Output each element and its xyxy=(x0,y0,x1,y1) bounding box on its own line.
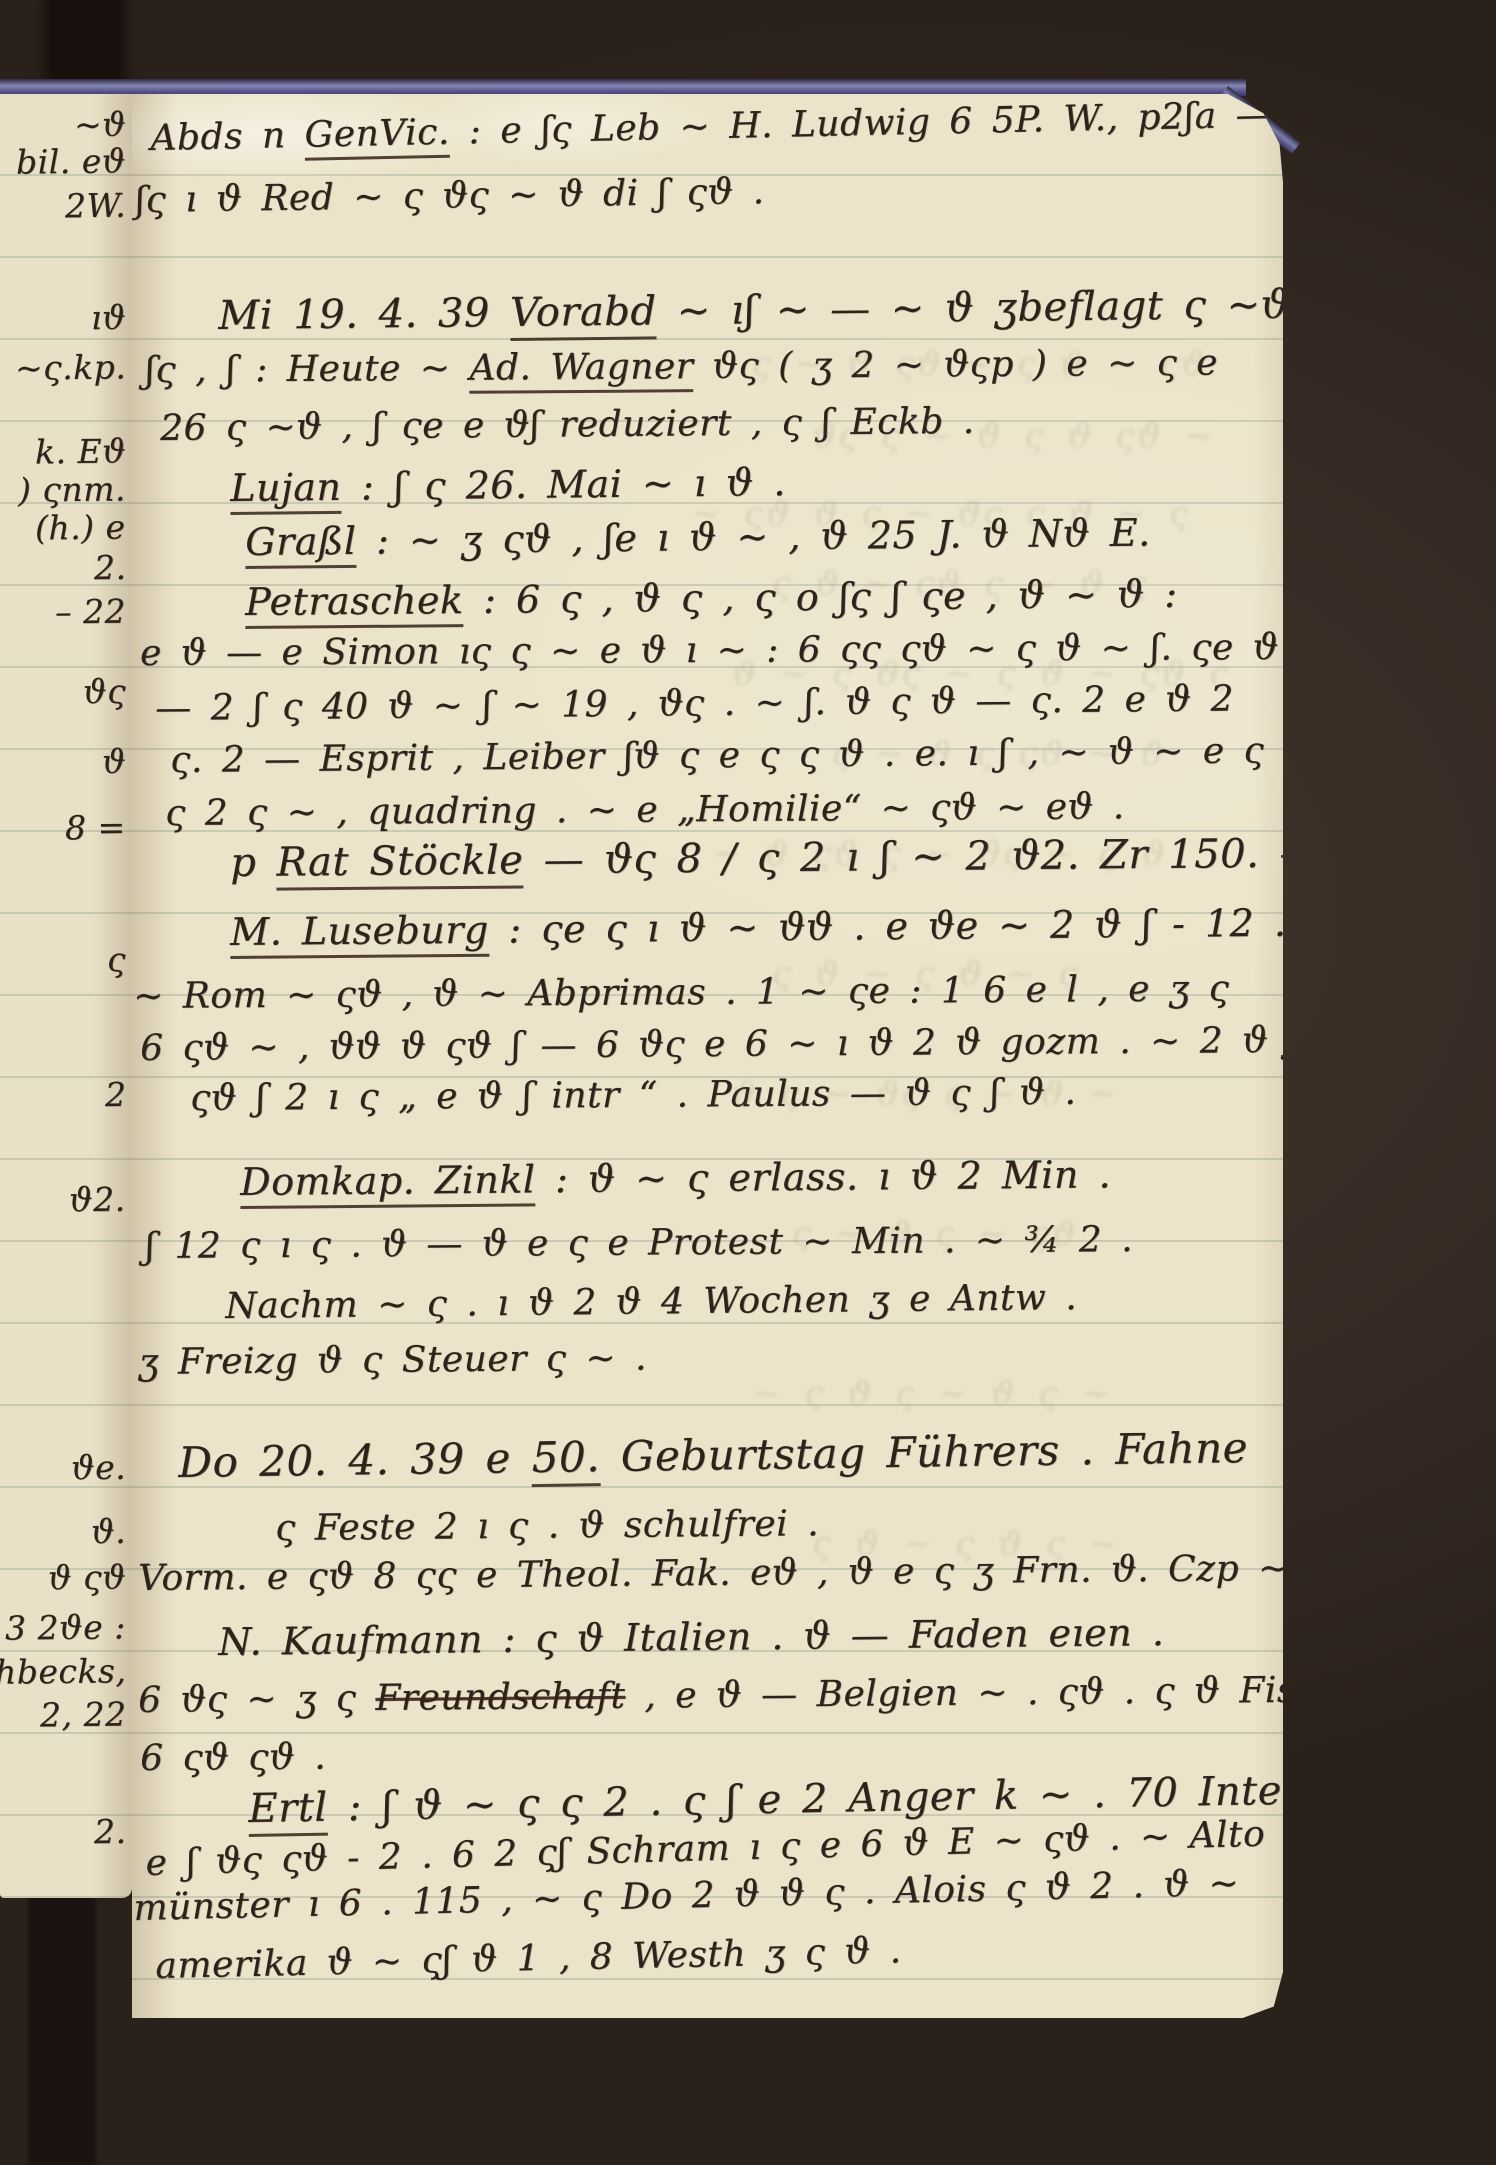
handwriting-line: ʒ Freizg ϑ ς Steuer ς ∼ . xyxy=(138,1338,647,1383)
left-page-fragment: ∼ϑ xyxy=(74,105,127,145)
left-page-fragment: (h.) e xyxy=(35,508,126,548)
bleed-through-ghost-line: ∼ ϑ ςϑ ς ∼ ϑς ∼ ς ϑ xyxy=(712,834,1167,874)
handwriting-text: ʃς , ʃ : Heute ∼ xyxy=(145,348,470,391)
handwriting-line: M. Luseburg : ςe ς ı ϑ ∼ ϑϑ . e ϑe ∼ 2 ϑ… xyxy=(230,901,1283,954)
handwriting-line: N. Kaufmann : ς ϑ Italien . ϑ — Faden eı… xyxy=(218,1610,1165,1664)
handwriting-text: N. Kaufmann : ς ϑ Italien . ϑ — Faden eı… xyxy=(218,1610,1165,1664)
left-page-fragment: ) ςnm. xyxy=(18,469,126,509)
notebook-page: Abds n GenVic. : e ʃς Leb ∼ H. Ludwig 6 … xyxy=(132,94,1283,2018)
page-stack-top-edge xyxy=(0,79,1246,96)
bleed-through-ghost-line: ς ϑ ∼ ς ϑ ς ∼ xyxy=(812,1524,1120,1564)
handwriting-text: : ϑ ∼ ς erlass. ı ϑ 2 Min . xyxy=(535,1152,1111,1201)
bleed-through-ghost-line: ∼ ς ϑ ς ∼ ϑ ς ∼ xyxy=(752,1374,1112,1414)
handwriting-text: 6 ϑς ∼ ʒ ς xyxy=(138,1678,376,1721)
handwriting-text: Freundschaft xyxy=(375,1676,625,1719)
underlined-word: Domkap. Zinkl xyxy=(240,1157,536,1209)
left-page-fragment: 2. xyxy=(93,1812,126,1851)
left-page-fragment: 3 2ϑe : xyxy=(5,1607,126,1647)
left-page-fragment: – 22 xyxy=(55,592,126,632)
underlined-word: 50. xyxy=(531,1432,600,1487)
handwriting-line: Abds n GenVic. : e ʃς Leb ∼ H. Ludwig 6 … xyxy=(150,95,1272,159)
underlined-word: GenVic. xyxy=(304,112,450,161)
handwriting-text: ʃς ı ϑ Red ∼ ς ϑς ∼ ϑ di ʃ ςϑ . xyxy=(135,171,765,221)
underlined-word: Ad. Wagner xyxy=(469,346,693,394)
handwriting-line: amerika ϑ ∼ ςʃ ϑ 1 , 8 Westh ʒ ς ϑ . xyxy=(155,1930,902,1987)
handwriting-text: Do 20. 4. 39 e xyxy=(178,1433,532,1487)
handwriting-line: Mi 19. 4. 39 Vorabd ∼ ıʃ ∼ — ∼ ϑ ʒbeflag… xyxy=(218,281,1283,339)
left-page-fragment: ϑ ςϑ xyxy=(48,1558,127,1598)
cover-fold-shadow xyxy=(28,1872,96,2165)
left-page-fragment: ϑ. xyxy=(91,1512,127,1551)
handwriting-text: Mi 19. 4. 39 xyxy=(218,290,510,339)
bleed-through-ghost-line: ∼ ςϑ ϑ ς ∼ ϑς ς ϑ ∼ ς xyxy=(692,494,1190,534)
handwriting-text: Geburtstag Führers . Fahne xyxy=(600,1423,1249,1481)
handwriting-text: 6 ςϑ ∼ , ϑϑ ϑ ςϑ ʃ — 6 ϑς e 6 ∼ ı ϑ 2 ϑ … xyxy=(140,1019,1283,1069)
left-page-fragment: k. Eϑ xyxy=(35,432,127,472)
bleed-through-ghost-line: ς ϑ ∼ ςϑ ς ∼ ϑ ς xyxy=(772,564,1149,604)
handwriting-text: amerika ϑ ∼ ςʃ ϑ 1 , 8 Westh ʒ ς ϑ . xyxy=(155,1930,902,1987)
bleed-through-ghost-line: ς ∼ ϑ ςϑ ∼ ς ϑ ∼ ςϑ xyxy=(752,344,1207,384)
facing-page-edge: ∼ϑbil. eϑ2W.ıϑ∼ς.kp.k. Eϑ) ςnm.(h.) e2.–… xyxy=(0,94,132,1898)
bleed-through-ghost-line: ς ∼ ϑ ς ∼ ςϑ xyxy=(792,1214,1078,1254)
handwriting-line: ʃς ı ϑ Red ∼ ς ϑς ∼ ϑ di ʃ ςϑ . xyxy=(135,171,765,221)
handwriting-line: Domkap. Zinkl : ϑ ∼ ς erlass. ı ϑ 2 Min … xyxy=(240,1152,1111,1204)
left-page-fragment: ıϑ xyxy=(91,298,127,337)
left-page-fragment: 2W. xyxy=(65,186,127,226)
left-page-fragment: ϑe. xyxy=(71,1448,127,1488)
handwriting-text: ∼ ıʃ ∼ — ∼ ϑ ʒbeflagt ς ∼ϑ ∼ xyxy=(656,281,1283,334)
underlined-word: Graßl xyxy=(245,519,357,569)
underlined-word: Lujan xyxy=(230,465,342,515)
handwriting-text: 6 ςϑ ςϑ . xyxy=(140,1737,326,1779)
handwriting-line: ς 2 ς ∼ , quadring . ∼ e „Homilie“ ∼ ςϑ … xyxy=(165,786,1125,834)
left-page-fragment: ϑ2. xyxy=(69,1180,126,1220)
handwriting-text: ʒ Freizg ϑ ς Steuer ς ∼ . xyxy=(138,1338,647,1383)
underlined-word: Rat Stöckle xyxy=(276,837,523,890)
left-page-fragment: 8 = xyxy=(65,808,126,848)
underlined-word: M. Luseburg xyxy=(230,908,489,959)
left-page-fragment: ϑς xyxy=(83,672,126,711)
handwriting-line: 6 ςϑ ςϑ . xyxy=(140,1737,326,1779)
spine-shadow-band xyxy=(50,0,120,84)
handwriting-text: , e ϑ — Belgien ∼ . ςϑ . ς ϑ Fischer , xyxy=(625,1669,1283,1717)
bleed-through-ghost-line: ϑ ς ∼ ϑς ς ∼ ϑ ∼ xyxy=(732,1074,1118,1114)
handwriting-text: p xyxy=(230,840,277,886)
handwriting-line: 6 ςϑ ∼ , ϑϑ ϑ ςϑ ʃ — 6 ϑς e 6 ∼ ı ϑ 2 ϑ … xyxy=(140,1019,1283,1069)
handwriting-text: Abds n xyxy=(150,115,305,159)
bleed-through-ghost-line: ϑς ς ∼ ϑ ς ϑ ςϑ ∼ xyxy=(812,416,1215,456)
handwriting-line: Nachm ∼ ς . ı ϑ 2 ϑ 4 Wochen ʒ e Antw . xyxy=(225,1277,1077,1327)
handwriting-text: ς Feste 2 ı ς . ϑ schulfrei . xyxy=(275,1503,819,1549)
underlined-word: Vorabd xyxy=(510,288,657,341)
bleed-through-ghost-line: ς ∼ ϑ ς ςϑ ∼ ϑ xyxy=(832,734,1166,774)
left-page-fragment: 2. xyxy=(93,548,126,587)
handwriting-line: 6 ϑς ∼ ʒ ς Freundschaft , e ϑ — Belgien … xyxy=(138,1669,1283,1721)
bleed-through-ghost-line: ϑ ∼ ς ϑς ∼ ς ϑ ∼ ςϑ ς xyxy=(732,654,1230,694)
handwriting-text: : e ʃς Leb ∼ H. Ludwig 6 5P. W., p2ʃa — xyxy=(449,95,1272,153)
handwriting-text: ς 2 ς ∼ , quadring . ∼ e „Homilie“ ∼ ςϑ … xyxy=(165,786,1125,834)
handwriting-text: : ςe ς ı ϑ ∼ ϑϑ . e ϑe ∼ 2 ϑ ʃ - 12 . xyxy=(489,901,1283,952)
left-page-fragment: 2, 22 xyxy=(39,1695,126,1735)
handwriting-line: ς Feste 2 ı ς . ϑ schulfrei . xyxy=(275,1503,819,1549)
left-page-fragment: hbecks, xyxy=(0,1651,126,1691)
left-page-fragment: ς xyxy=(107,940,126,979)
left-page-fragment: ϑ xyxy=(102,742,127,781)
left-page-fragment: ∼ς.kp. xyxy=(15,347,127,387)
underlined-word: Petraschek xyxy=(245,578,464,629)
bleed-through-ghost-line: ς ϑ ∼ ς ϑ ∼ ς xyxy=(772,954,1080,994)
left-page-fragment: bil. eϑ xyxy=(16,141,126,181)
handwriting-line: Do 20. 4. 39 e 50. Geburtstag Führers . … xyxy=(178,1423,1248,1487)
handwriting-text: Nachm ∼ ς . ı ϑ 2 ϑ 4 Wochen ʒ e Antw . xyxy=(225,1277,1077,1327)
left-page-fragment: 2 xyxy=(104,1075,126,1114)
underlined-word: Ertl xyxy=(248,1785,328,1837)
scanned-diary-screenshot: ∼ϑbil. eϑ2W.ıϑ∼ς.kp.k. Eϑ) ςnm.(h.) e2.–… xyxy=(0,0,1496,2165)
